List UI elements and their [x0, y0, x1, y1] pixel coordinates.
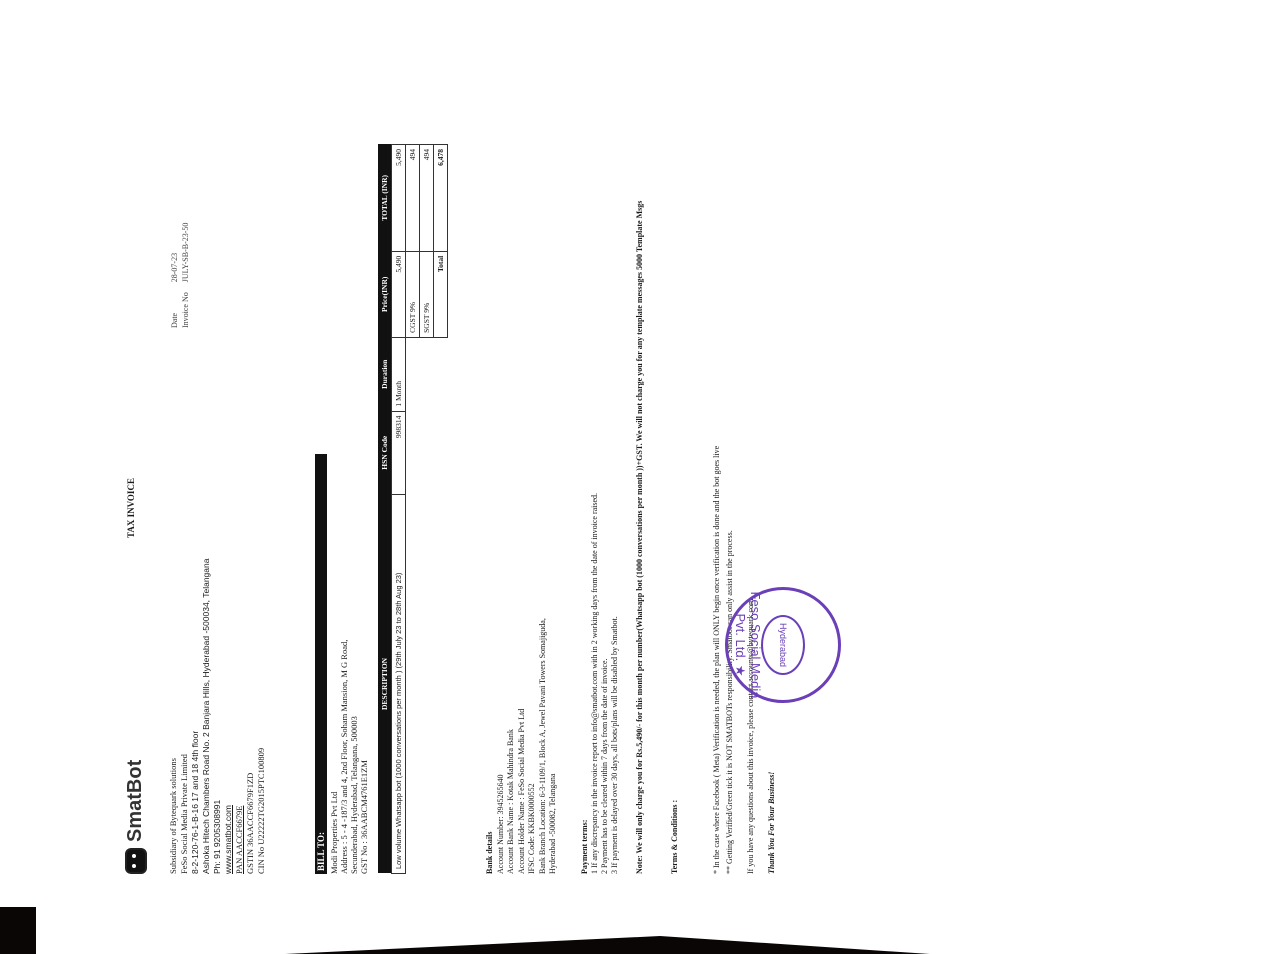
payment-term: 3 If payment is delayed over 30 days, al… — [610, 493, 620, 874]
bank-line: Bank Branch Location: 6-3-1109/1, Block … — [538, 618, 549, 874]
bank-line: Hyderabad -500082, Telangana — [548, 618, 559, 874]
sgst-label: SGST 9% — [420, 251, 434, 337]
bank-heading: Bank details — [485, 618, 496, 874]
tax-row-cgst: CGST 9% 494 — [406, 145, 420, 874]
sgst-value: 494 — [420, 145, 434, 252]
billing-note: Note: We will only charge you for Rs.5,4… — [635, 154, 645, 874]
invoice-page: SmatBot TAX INVOICE Subsidiary of Bytequ… — [110, 128, 810, 888]
date-value: 28-07-23 — [170, 223, 179, 283]
bill-to-line: Address : 5 - 4 -187/3 and 4, 2nd Floor,… — [339, 454, 349, 874]
bank-line: Account Number: 3945265640 — [496, 618, 507, 874]
condition-item: * In the case where Facebook ( Meta) Ver… — [710, 446, 723, 874]
bill-to-line: Secunderabad, Hyderabad, Telangana, 5000… — [349, 454, 359, 874]
company-pan: PAN AACCF6679E — [234, 559, 245, 874]
col-total: TOTAL (INR) — [378, 145, 392, 252]
payment-term: 2 Payment has to be cleared within 7 day… — [600, 493, 610, 874]
company-line: Ashoka Hitech Chambers Road No. 2 Banjar… — [201, 559, 212, 874]
company-cin: CIN No U22222TG2015PTC100809 — [256, 559, 267, 874]
company-line: 8-2-120-76-1-B-16 17 and 18 4th floor — [190, 559, 201, 874]
table-row: Low volume Whatsapp bot (1000 conversati… — [392, 145, 406, 874]
invoice-items-table: DESCRIPTION HSN Code Duration Price(INR)… — [378, 144, 448, 874]
cgst-value: 494 — [406, 145, 420, 252]
item-description: Low volume Whatsapp bot (1000 conversati… — [392, 494, 406, 873]
payment-terms: Payment terms: 1 If any discrepancy in t… — [580, 493, 620, 874]
total-label: Total — [434, 251, 448, 337]
date-label: Date — [170, 292, 179, 328]
total-value: 6,478 — [434, 145, 448, 252]
tax-row-sgst: SGST 9% 494 — [420, 145, 434, 874]
bank-details: Bank details Account Number: 3945265640 … — [485, 618, 559, 874]
payment-terms-heading: Payment terms: — [580, 493, 590, 874]
bill-to-line: GST No : 36AABCM4761E1ZM — [359, 454, 369, 874]
company-gstin: GSTIN 36AACCF6679F1ZD — [245, 559, 256, 874]
bill-to-section: BILL TO: Modi Properties Pvt Ltd Address… — [315, 454, 369, 874]
invoice-number-value: JULY-SB-B-23-50 — [181, 223, 190, 283]
company-line: Subsidiary of Bytequark solutions — [168, 559, 179, 874]
table-header-row: DESCRIPTION HSN Code Duration Price(INR)… — [378, 145, 392, 874]
item-duration: 1 Month — [392, 337, 406, 411]
payment-term: 1 If any discrepancy in the invoice repo… — [590, 493, 600, 874]
col-hsn: HSN Code — [378, 411, 392, 494]
company-details: Subsidiary of Bytequark solutions FeSo S… — [168, 559, 267, 874]
cgst-label: CGST 9% — [406, 251, 420, 337]
total-row: Total 6,478 — [434, 145, 448, 874]
terms-heading: Terms & Conditions : — [670, 800, 679, 874]
company-line: FeSo Social Media Private Limited — [179, 559, 190, 874]
invoice-meta: Date 28-07-23 Invoice No JULY-SB-B-23-50 — [170, 223, 190, 328]
item-total: 5,490 — [392, 145, 406, 252]
scan-shadow-bottom — [0, 914, 1275, 954]
bank-line: Account Holder Name : FeSo Social Media … — [517, 618, 528, 874]
company-stamp: Feso Social Media Pvt. Ltd. ★ Hyderabad — [725, 587, 841, 703]
company-website-link[interactable]: www.smatbot.com — [223, 559, 234, 874]
col-price: Price(INR) — [378, 251, 392, 337]
invoice-title: TAX INVOICE — [126, 128, 136, 888]
item-price: 5,490 — [392, 251, 406, 337]
company-line: Ph: 91 9205308991 — [212, 559, 223, 874]
bank-line: IFSC Code: KKBK0000552 — [527, 618, 538, 874]
bill-to-line: Modi Properties Pvt Ltd — [329, 454, 339, 874]
invoice-number-label: Invoice No — [181, 292, 190, 328]
col-duration: Duration — [378, 337, 392, 411]
col-description: DESCRIPTION — [378, 494, 392, 873]
bill-to-heading: BILL TO: — [315, 454, 327, 874]
stamp-ring-text: Feso Social Media Pvt. Ltd. ★ — [732, 590, 763, 700]
stamp-center-text: Hyderabad — [761, 615, 805, 675]
item-hsn: 998314 — [392, 411, 406, 494]
bank-line: Account Bank Name : Kotak Mahindra Bank — [506, 618, 517, 874]
